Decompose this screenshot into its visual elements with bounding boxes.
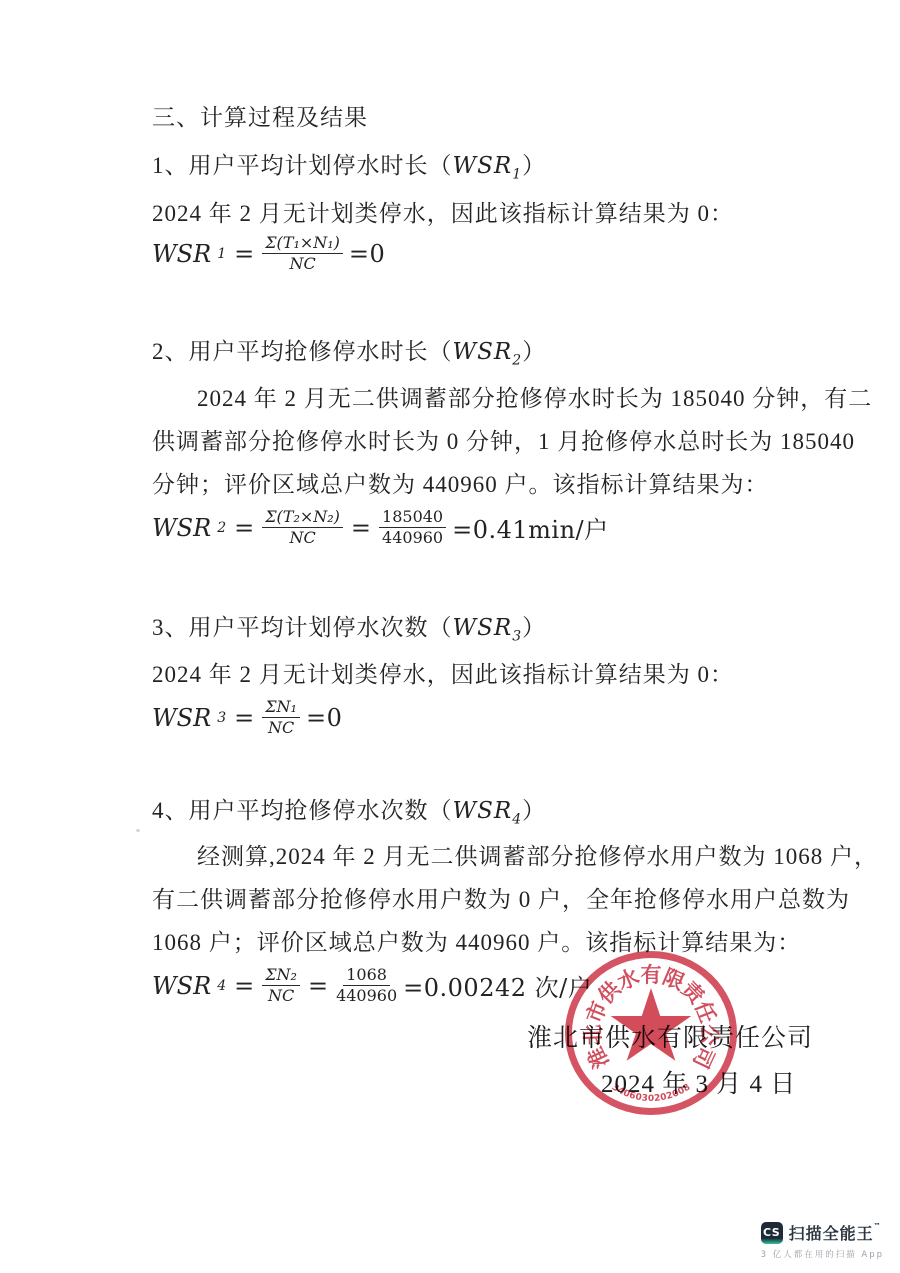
scanned-document-page: 三、计算过程及结果 1、用户平均计划停水时长（WSR1） 2024 年 2 月无…: [0, 0, 900, 1273]
heading-text: 4、用户平均抢修停水次数（: [152, 798, 453, 823]
formula-lhs: WSR: [152, 972, 211, 1000]
section-title: 三、计算过程及结果: [152, 102, 368, 134]
seal-character: 北: [577, 1024, 608, 1046]
formula-lhs: WSR: [152, 514, 211, 542]
formula-lhs: WSR: [152, 704, 211, 732]
heading-text: ）: [522, 153, 546, 178]
seal-character: 公: [695, 1024, 726, 1046]
formula-result: =0: [306, 704, 342, 732]
seal-character: 有: [641, 959, 662, 989]
heading-wsr2: 2、用户平均抢修停水时长（WSR2）: [152, 336, 546, 377]
formula-wsr2: WSR2 = Σ(T₂×N₂)NC = 185040440960 =0.41mi…: [152, 508, 609, 548]
fraction-denominator: 440960: [336, 986, 397, 1005]
fraction-numerator: 185040: [379, 508, 446, 528]
fraction: Σ(T₁×N₁)NC: [262, 234, 343, 274]
heading-math-sub: 3: [512, 629, 522, 645]
fraction-numerator: ΣN₂: [262, 966, 300, 986]
formula-wsr3: WSR3 = ΣN₁NC =0: [152, 698, 342, 738]
heading-text: 3、用户平均计划停水次数（: [152, 615, 453, 640]
formula-result: =0.00242 次/户: [403, 968, 592, 1003]
equals-sign: =: [232, 514, 256, 542]
camscanner-watermark: CS 扫描全能王™ 3 亿人都在用的扫描 App: [761, 1221, 884, 1260]
heading-wsr4: 4、用户平均抢修停水次数（WSR4）: [152, 795, 546, 836]
heading-wsr3: 3、用户平均计划停水次数（WSR3）: [152, 612, 546, 653]
formula-wsr1: WSR1 = Σ(T₁×N₁)NC =0: [152, 234, 385, 274]
formula-result: =0: [349, 240, 385, 268]
formula-lhs-sub: 1: [217, 246, 226, 262]
equals-sign: =: [349, 514, 373, 542]
fraction-denominator: NC: [268, 718, 294, 737]
company-seal-stamp: 淮北市供水有限责任公司 3406030202008: [565, 951, 737, 1115]
camscanner-app-name: 扫描全能王™: [789, 1221, 882, 1244]
camscanner-logo-row: CS 扫描全能王™: [761, 1221, 884, 1244]
fraction-denominator: NC: [289, 254, 315, 273]
equals-sign: =: [232, 704, 256, 732]
heading-math: WSR: [453, 798, 513, 824]
fraction: Σ(T₂×N₂)NC: [262, 508, 343, 548]
paragraph: 有二供调蓄部分抢修停水用户数为 0 户，全年抢修停水用户总数为: [152, 884, 850, 916]
heading-math: WSR: [453, 339, 513, 365]
heading-text: ）: [522, 339, 546, 364]
paragraph: 分钟；评价区域总户数为 440960 户。该指标计算结果为：: [152, 469, 769, 501]
heading-text: 1、用户平均计划停水时长（: [152, 153, 453, 178]
fraction: 1068440960: [336, 966, 397, 1006]
app-name-text: 扫描全能王: [789, 1221, 874, 1244]
fraction-denominator: NC: [289, 528, 315, 547]
paragraph: 经测算,2024 年 2 月无二供调蓄部分抢修停水用户数为 1068 户，: [197, 841, 878, 873]
paragraph: 2024 年 2 月无计划类停水，因此该指标计算结果为 0：: [152, 659, 734, 691]
heading-text: ）: [522, 615, 546, 640]
heading-math-sub: 4: [512, 812, 522, 828]
formula-wsr4: WSR4 = ΣN₂NC = 1068440960 =0.00242 次/户: [152, 966, 592, 1006]
formula-lhs-sub: 4: [217, 978, 226, 994]
fraction-numerator: Σ(T₂×N₂): [262, 508, 343, 528]
formula-lhs-sub: 2: [217, 520, 226, 536]
heading-math: WSR: [453, 153, 513, 179]
paragraph: 2024 年 2 月无计划类停水，因此该指标计算结果为 0：: [152, 198, 734, 230]
equals-sign: =: [232, 240, 256, 268]
equals-sign: =: [306, 972, 330, 1000]
heading-math-sub: 2: [512, 353, 522, 369]
fraction: 185040440960: [379, 508, 446, 548]
fraction-denominator: 440960: [382, 528, 443, 547]
formula-lhs: WSR: [152, 240, 211, 268]
fraction: ΣN₂NC: [262, 966, 300, 1006]
camscanner-tagline: 3 亿人都在用的扫描 App: [761, 1248, 884, 1260]
paragraph: 2024 年 2 月无二供调蓄部分抢修停水时长为 185040 分钟，有二: [197, 383, 872, 415]
formula-lhs-sub: 3: [217, 710, 226, 726]
heading-math: WSR: [453, 615, 513, 641]
fraction-denominator: NC: [268, 986, 294, 1005]
heading-text: 2、用户平均抢修停水时长（: [152, 339, 453, 364]
paragraph: 供调蓄部分抢修停水时长为 0 分钟，1 月抢修停水总时长为 185040: [152, 426, 855, 458]
heading-wsr1: 1、用户平均计划停水时长（WSR1）: [152, 150, 546, 191]
trademark-symbol: ™: [874, 1222, 882, 1230]
heading-math-sub: 1: [512, 167, 522, 183]
fraction: ΣN₁NC: [262, 698, 300, 738]
fraction-numerator: Σ(T₁×N₁): [262, 234, 343, 254]
equals-sign: =: [232, 972, 256, 1000]
fraction-numerator: ΣN₁: [262, 698, 300, 718]
camscanner-logo-icon: CS: [761, 1222, 783, 1244]
fraction-numerator: 1068: [343, 966, 390, 986]
scan-speck: [136, 829, 140, 832]
camscanner-badge-text: CS: [763, 1226, 780, 1239]
formula-result: =0.41min/户: [452, 510, 609, 545]
heading-text: ）: [522, 798, 546, 823]
